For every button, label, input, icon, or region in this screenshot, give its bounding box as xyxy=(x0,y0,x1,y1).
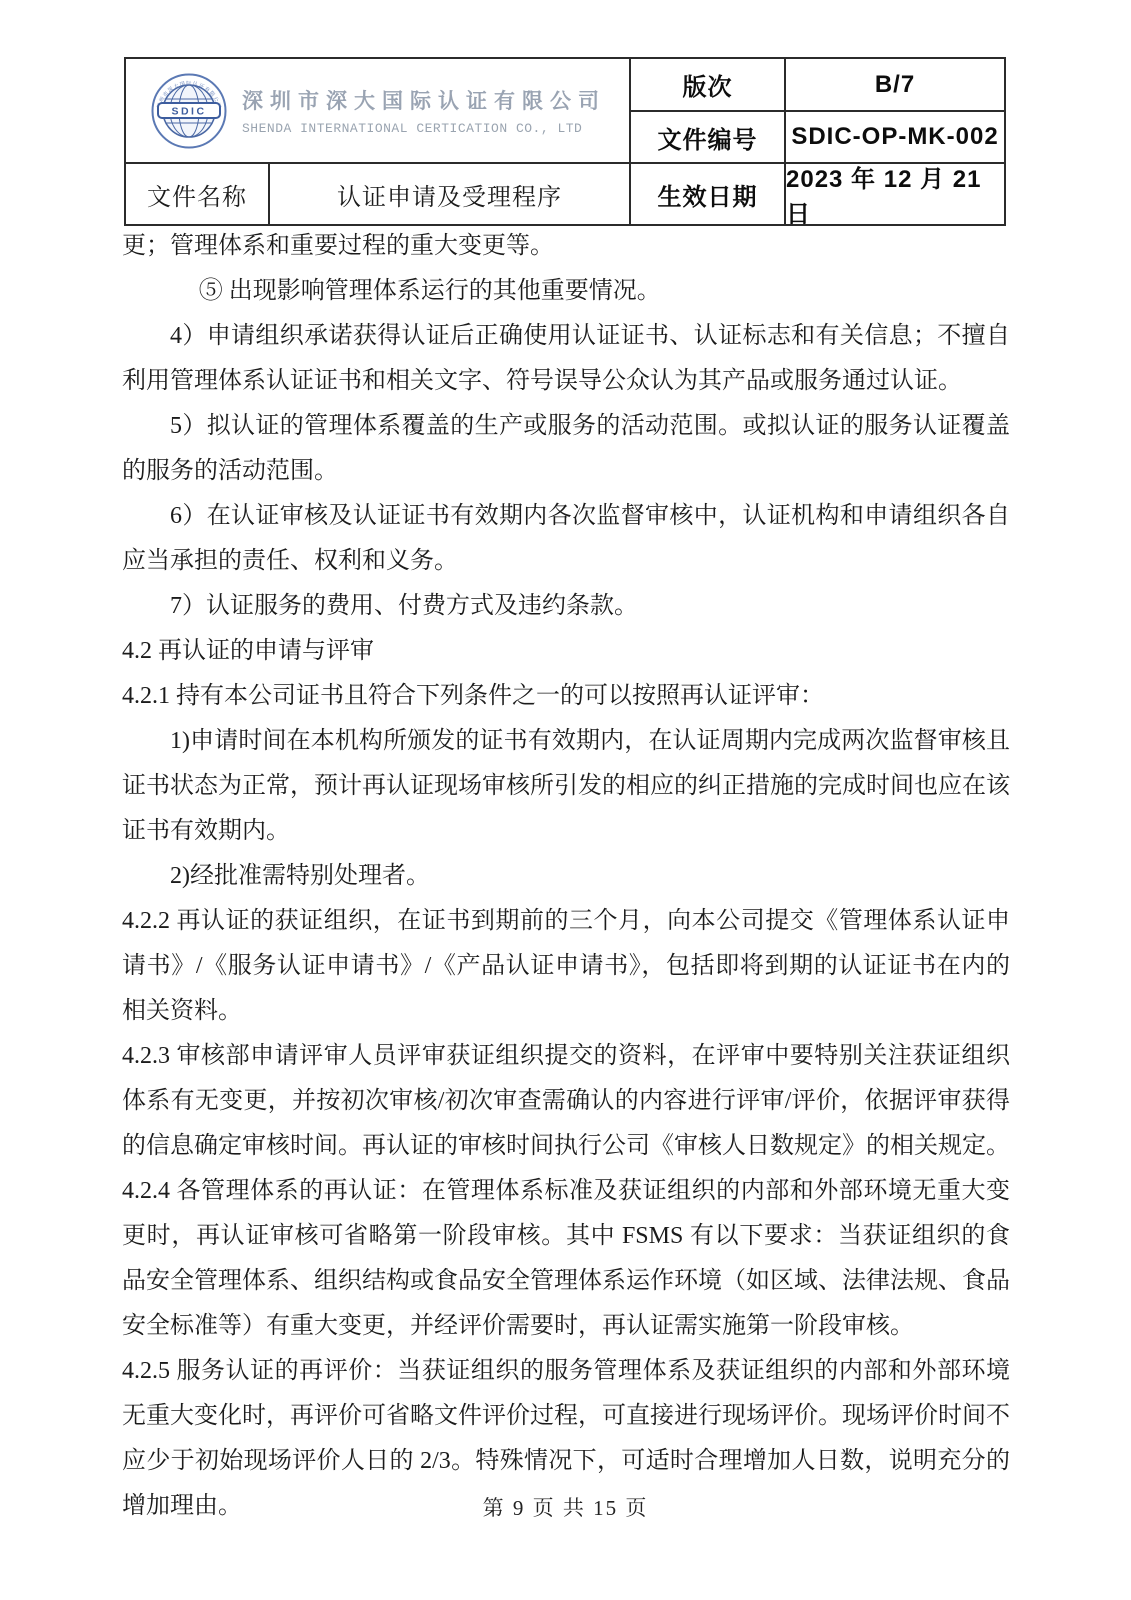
doc-number-value: SDIC-OP-MK-002 xyxy=(786,112,1004,164)
body-paragraph-8: 4.2.1 持有本公司证书且符合下列条件之一的可以按照再认证评审： xyxy=(122,674,1010,719)
body-paragraph-10: 2)经批准需特别处理者。 xyxy=(122,854,1010,899)
document-page: 深圳市深大国际认证有限公司 SDIC 深圳市深大国际认证有限公司 SHENDA … xyxy=(0,0,1131,1600)
body-paragraph-9: 1)申请时间在本机构所颁发的证书有效期内，在认证周期内完成两次监督审核且证书状态… xyxy=(122,719,1010,854)
body-paragraph-7: 4.2 再认证的申请与评审 xyxy=(122,629,1010,674)
page-number: 第 9 页 共 15 页 xyxy=(0,1492,1131,1522)
company-name-block: 深圳市深大国际认证有限公司 SHENDA INTERNATIONAL CERTI… xyxy=(242,85,606,136)
document-header-table: 深圳市深大国际认证有限公司 SDIC 深圳市深大国际认证有限公司 SHENDA … xyxy=(124,57,1006,226)
body-paragraph-1: 更；管理体系和重要过程的重大变更等。 xyxy=(122,224,1010,269)
body-paragraph-2: ⑤ 出现影响管理体系运行的其他重要情况。 xyxy=(122,269,1010,314)
company-name-en: SHENDA INTERNATIONAL CERTICATION CO., LT… xyxy=(242,121,606,136)
body-paragraph-12: 4.2.3 审核部申请评审人员评审获证组织提交的资料，在评审中要特别关注获证组织… xyxy=(122,1034,1010,1169)
version-label: 版次 xyxy=(631,59,786,112)
effective-date-label: 生效日期 xyxy=(631,164,786,224)
document-body: 更；管理体系和重要过程的重大变更等。 ⑤ 出现影响管理体系运行的其他重要情况。 … xyxy=(122,224,1010,1529)
doc-name-value: 认证申请及受理程序 xyxy=(270,164,631,224)
body-paragraph-13: 4.2.4 各管理体系的再认证：在管理体系标准及获证组织的内部和外部环境无重大变… xyxy=(122,1169,1010,1349)
company-logo-icon: 深圳市深大国际认证有限公司 SDIC xyxy=(150,72,228,150)
logo-cell: 深圳市深大国际认证有限公司 SDIC 深圳市深大国际认证有限公司 SHENDA … xyxy=(126,59,631,164)
body-paragraph-6: 7）认证服务的费用、付费方式及违约条款。 xyxy=(122,584,1010,629)
body-paragraph-3: 4）申请组织承诺获得认证后正确使用认证证书、认证标志和有关信息；不擅自利用管理体… xyxy=(122,314,1010,404)
body-paragraph-4: 5）拟认证的管理体系覆盖的生产或服务的活动范围。或拟认证的服务认证覆盖的服务的活… xyxy=(122,404,1010,494)
company-name-cn: 深圳市深大国际认证有限公司 xyxy=(242,85,606,115)
effective-date-value: 2023 年 12 月 21 日 xyxy=(786,164,1004,224)
svg-text:SDIC: SDIC xyxy=(171,105,206,117)
body-paragraph-5: 6）在认证审核及认证证书有效期内各次监督审核中，认证机构和申请组织各自应当承担的… xyxy=(122,494,1010,584)
body-paragraph-11: 4.2.2 再认证的获证组织，在证书到期前的三个月，向本公司提交《管理体系认证申… xyxy=(122,899,1010,1034)
doc-name-label: 文件名称 xyxy=(126,164,270,224)
version-value: B/7 xyxy=(786,59,1004,112)
doc-number-label: 文件编号 xyxy=(631,112,786,164)
